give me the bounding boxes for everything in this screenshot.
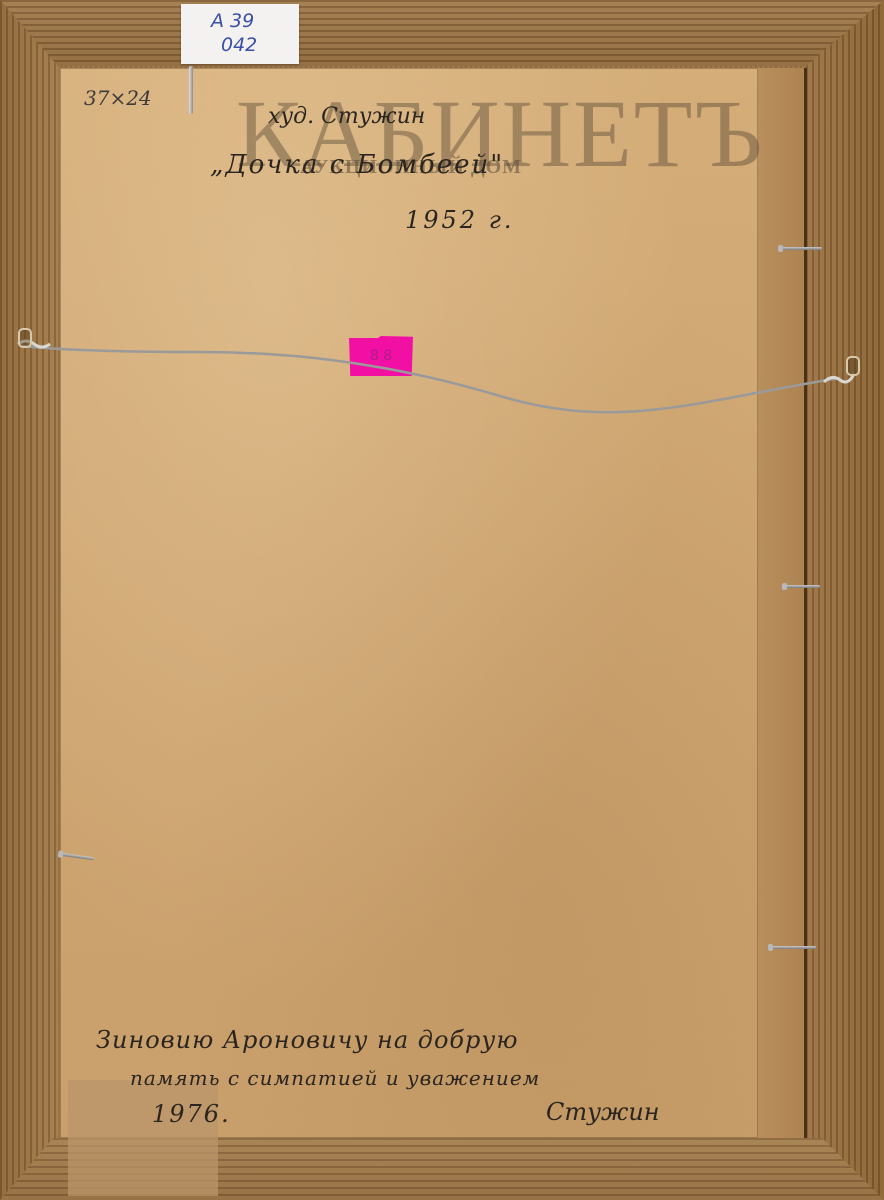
dedication-year: 1976. (152, 1100, 231, 1128)
nail-icon (780, 247, 822, 250)
dedication-line-2: память с симпатией и уважением (130, 1066, 540, 1090)
hanging-wire-icon (0, 0, 884, 1200)
nail-icon (770, 946, 816, 949)
dedication-line-1: Зиновию Ароновичу на добрую (96, 1026, 518, 1054)
artist-signature: Стужин (546, 1098, 660, 1126)
left-hook-icon (18, 328, 32, 348)
right-hook-icon (846, 356, 860, 376)
nail-icon (784, 585, 820, 588)
